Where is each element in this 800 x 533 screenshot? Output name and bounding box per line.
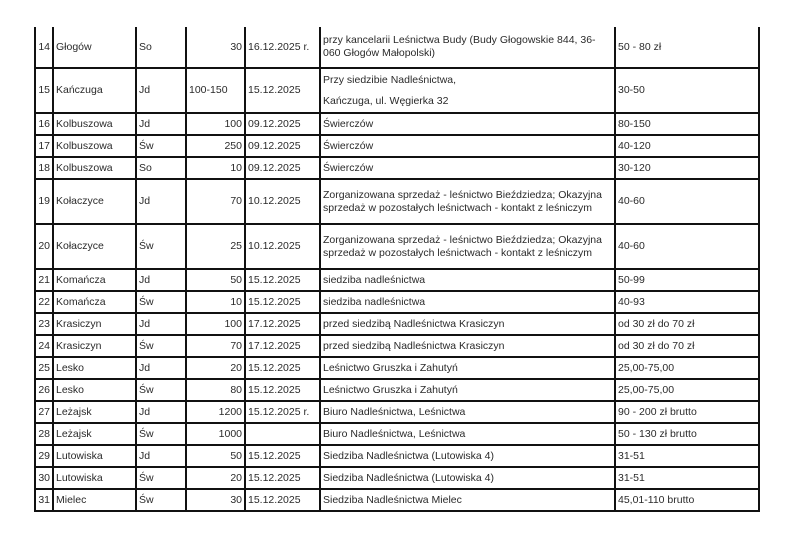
district-cell: Leżajsk — [53, 401, 136, 423]
table-row: 31MielecŚw3015.12.2025Siedziba Nadleśnic… — [35, 489, 759, 511]
tree-type-cell: Św — [136, 423, 186, 445]
quantity-cell: 30 — [186, 489, 245, 511]
table-row: 29LutowiskaJd5015.12.2025Siedziba Nadleś… — [35, 445, 759, 467]
quantity-cell: 20 — [186, 357, 245, 379]
location-cell: Świerczów — [320, 157, 615, 179]
district-cell: Lesko — [53, 357, 136, 379]
price-cell: 40-60 — [615, 179, 759, 224]
location-cell: Leśnictwo Gruszka i Zahutyń — [320, 357, 615, 379]
sale-date-cell: 15.12.2025 — [245, 269, 320, 291]
sale-date-cell: 16.12.2025 r. — [245, 27, 320, 68]
district-cell: Krasiczyn — [53, 335, 136, 357]
price-cell: 40-60 — [615, 224, 759, 269]
table-body: 14GłogówSo3016.12.2025 r.przy kancelarii… — [35, 27, 759, 511]
row-number-cell: 30 — [35, 467, 53, 489]
sale-date-cell: 15.12.2025 — [245, 467, 320, 489]
sale-date-cell: 15.12.2025 — [245, 445, 320, 467]
row-number-cell: 16 — [35, 113, 53, 135]
sale-date-cell: 15.12.2025 — [245, 291, 320, 313]
tree-type-cell: Jd — [136, 269, 186, 291]
row-number-cell: 27 — [35, 401, 53, 423]
table-row: 21KomańczaJd5015.12.2025siedziba nadleśn… — [35, 269, 759, 291]
location-line: przed siedzibą Nadleśnictwa Krasiczyn — [323, 340, 612, 353]
tree-type-cell: Św — [136, 489, 186, 511]
location-cell: Zorganizowana sprzedaż - leśnictwo Bieźd… — [320, 224, 615, 269]
district-cell: Kolbuszowa — [53, 113, 136, 135]
table-row: 16KolbuszowaJd10009.12.2025Świerczów80-1… — [35, 113, 759, 135]
district-cell: Kołaczyce — [53, 224, 136, 269]
sale-date-cell: 15.12.2025 r. — [245, 401, 320, 423]
price-cell: 50 - 130 zł brutto — [615, 423, 759, 445]
location-line: Kańczuga, ul. Węgierka 32 — [323, 95, 612, 108]
row-number-cell: 21 — [35, 269, 53, 291]
quantity-cell: 1000 — [186, 423, 245, 445]
location-line: Siedziba Nadleśnictwa (Lutowiska 4) — [323, 472, 612, 485]
location-cell: przed siedzibą Nadleśnictwa Krasiczyn — [320, 335, 615, 357]
quantity-cell: 50 — [186, 269, 245, 291]
row-number-cell: 26 — [35, 379, 53, 401]
table-row: 19KołaczyceJd7010.12.2025Zorganizowana s… — [35, 179, 759, 224]
price-cell: 90 - 200 zł brutto — [615, 401, 759, 423]
tree-type-cell: Jd — [136, 113, 186, 135]
location-line: Zorganizowana sprzedaż - leśnictwo Bieźd… — [323, 189, 612, 215]
row-number-cell: 14 — [35, 27, 53, 68]
table-row: 30LutowiskaŚw2015.12.2025Siedziba Nadleś… — [35, 467, 759, 489]
district-cell: Lesko — [53, 379, 136, 401]
quantity-cell: 30 — [186, 27, 245, 68]
location-line: siedziba nadleśnictwa — [323, 296, 612, 309]
row-number-cell: 19 — [35, 179, 53, 224]
row-number-cell: 18 — [35, 157, 53, 179]
row-number-cell: 29 — [35, 445, 53, 467]
sale-date-cell: 10.12.2025 — [245, 224, 320, 269]
price-cell: 25,00-75,00 — [615, 379, 759, 401]
sale-date-cell: 09.12.2025 — [245, 157, 320, 179]
location-line: Leśnictwo Gruszka i Zahutyń — [323, 362, 612, 375]
row-number-cell: 23 — [35, 313, 53, 335]
tree-type-cell: Św — [136, 379, 186, 401]
price-cell: 50 - 80 zł — [615, 27, 759, 68]
sale-date-cell: 09.12.2025 — [245, 135, 320, 157]
district-cell: Lutowiska — [53, 467, 136, 489]
location-cell: Leśnictwo Gruszka i Zahutyń — [320, 379, 615, 401]
price-cell: 50-99 — [615, 269, 759, 291]
price-cell: 80-150 — [615, 113, 759, 135]
sale-date-cell — [245, 423, 320, 445]
location-cell: siedziba nadleśnictwa — [320, 269, 615, 291]
location-cell: Świerczów — [320, 113, 615, 135]
sale-date-cell: 10.12.2025 — [245, 179, 320, 224]
tree-type-cell: Św — [136, 224, 186, 269]
tree-type-cell: Św — [136, 291, 186, 313]
table-row: 23KrasiczynJd10017.12.2025przed siedzibą… — [35, 313, 759, 335]
table-row: 20KołaczyceŚw2510.12.2025Zorganizowana s… — [35, 224, 759, 269]
table-row: 27LeżajskJd120015.12.2025 r.Biuro Nadleś… — [35, 401, 759, 423]
location-cell: przy kancelarii Leśnictwa Budy (Budy Gło… — [320, 27, 615, 68]
tree-type-cell: So — [136, 27, 186, 68]
location-cell: Biuro Nadleśnictwa, Leśnictwa — [320, 401, 615, 423]
table-row: 26LeskoŚw8015.12.2025Leśnictwo Gruszka i… — [35, 379, 759, 401]
location-line: przy kancelarii Leśnictwa Budy (Budy Gło… — [323, 34, 612, 60]
tree-type-cell: Jd — [136, 68, 186, 113]
location-line: Biuro Nadleśnictwa, Leśnictwa — [323, 428, 612, 441]
location-cell: Siedziba Nadleśnictwa Mielec — [320, 489, 615, 511]
location-line: Świerczów — [323, 140, 612, 153]
row-number-cell: 24 — [35, 335, 53, 357]
table-row: 24KrasiczynŚw7017.12.2025przed siedzibą … — [35, 335, 759, 357]
location-line: Świerczów — [323, 162, 612, 175]
price-cell: 30-50 — [615, 68, 759, 113]
district-cell: Komańcza — [53, 269, 136, 291]
quantity-cell: 70 — [186, 335, 245, 357]
price-cell: 31-51 — [615, 445, 759, 467]
price-cell: od 30 zł do 70 zł — [615, 335, 759, 357]
district-cell: Krasiczyn — [53, 313, 136, 335]
quantity-cell: 1200 — [186, 401, 245, 423]
district-cell: Mielec — [53, 489, 136, 511]
table-row: 28LeżajskŚw1000Biuro Nadleśnictwa, Leśni… — [35, 423, 759, 445]
location-line: siedziba nadleśnictwa — [323, 274, 612, 287]
row-number-cell: 15 — [35, 68, 53, 113]
tree-type-cell: Jd — [136, 313, 186, 335]
tree-type-cell: Jd — [136, 179, 186, 224]
table-row: 25LeskoJd2015.12.2025Leśnictwo Gruszka i… — [35, 357, 759, 379]
price-cell: 40-93 — [615, 291, 759, 313]
price-cell: 45,01-110 brutto — [615, 489, 759, 511]
district-cell: Komańcza — [53, 291, 136, 313]
location-cell: Biuro Nadleśnictwa, Leśnictwa — [320, 423, 615, 445]
price-cell: 40-120 — [615, 135, 759, 157]
table-row: 14GłogówSo3016.12.2025 r.przy kancelarii… — [35, 27, 759, 68]
location-cell: Świerczów — [320, 135, 615, 157]
sale-date-cell: 15.12.2025 — [245, 357, 320, 379]
location-line: Leśnictwo Gruszka i Zahutyń — [323, 384, 612, 397]
tree-type-cell: So — [136, 157, 186, 179]
quantity-cell: 80 — [186, 379, 245, 401]
christmas-tree-sales-table: 14GłogówSo3016.12.2025 r.przy kancelarii… — [34, 27, 760, 512]
location-cell: Siedziba Nadleśnictwa (Lutowiska 4) — [320, 467, 615, 489]
district-cell: Kolbuszowa — [53, 135, 136, 157]
quantity-cell: 100 — [186, 113, 245, 135]
quantity-cell: 20 — [186, 467, 245, 489]
tree-type-cell: Św — [136, 335, 186, 357]
location-cell: przed siedzibą Nadleśnictwa Krasiczyn — [320, 313, 615, 335]
row-number-cell: 28 — [35, 423, 53, 445]
row-number-cell: 31 — [35, 489, 53, 511]
quantity-cell: 70 — [186, 179, 245, 224]
location-cell: Zorganizowana sprzedaż - leśnictwo Bieźd… — [320, 179, 615, 224]
location-line: przed siedzibą Nadleśnictwa Krasiczyn — [323, 318, 612, 331]
row-number-cell: 22 — [35, 291, 53, 313]
tree-type-cell: Jd — [136, 401, 186, 423]
price-cell: 31-51 — [615, 467, 759, 489]
tree-type-cell: Jd — [136, 445, 186, 467]
location-line: Siedziba Nadleśnictwa (Lutowiska 4) — [323, 450, 612, 463]
quantity-cell: 100-150 — [186, 68, 245, 113]
price-cell: 25,00-75,00 — [615, 357, 759, 379]
tree-type-cell: Św — [136, 467, 186, 489]
tree-type-cell: Św — [136, 135, 186, 157]
price-cell: od 30 zł do 70 zł — [615, 313, 759, 335]
district-cell: Kolbuszowa — [53, 157, 136, 179]
sale-date-cell: 15.12.2025 — [245, 68, 320, 113]
district-cell: Leżajsk — [53, 423, 136, 445]
row-number-cell: 25 — [35, 357, 53, 379]
table-row: 17KolbuszowaŚw25009.12.2025Świerczów40-1… — [35, 135, 759, 157]
location-line: Siedziba Nadleśnictwa Mielec — [323, 494, 612, 507]
location-cell: Przy siedzibie Nadleśnictwa,Kańczuga, ul… — [320, 68, 615, 113]
quantity-cell: 250 — [186, 135, 245, 157]
quantity-cell: 10 — [186, 157, 245, 179]
row-number-cell: 20 — [35, 224, 53, 269]
table-row: 15KańczugaJd100-15015.12.2025Przy siedzi… — [35, 68, 759, 113]
location-line: Świerczów — [323, 118, 612, 131]
quantity-cell: 50 — [186, 445, 245, 467]
price-cell: 30-120 — [615, 157, 759, 179]
quantity-cell: 100 — [186, 313, 245, 335]
sale-date-cell: 17.12.2025 — [245, 335, 320, 357]
location-line: Przy siedzibie Nadleśnictwa, — [323, 74, 612, 87]
location-line: Biuro Nadleśnictwa, Leśnictwa — [323, 406, 612, 419]
sale-date-cell: 17.12.2025 — [245, 313, 320, 335]
district-cell: Kańczuga — [53, 68, 136, 113]
district-cell: Głogów — [53, 27, 136, 68]
sale-date-cell: 15.12.2025 — [245, 379, 320, 401]
row-number-cell: 17 — [35, 135, 53, 157]
district-cell: Lutowiska — [53, 445, 136, 467]
location-line: Zorganizowana sprzedaż - leśnictwo Bieźd… — [323, 234, 612, 260]
sale-date-cell: 15.12.2025 — [245, 489, 320, 511]
location-cell: siedziba nadleśnictwa — [320, 291, 615, 313]
tree-type-cell: Jd — [136, 357, 186, 379]
quantity-cell: 10 — [186, 291, 245, 313]
quantity-cell: 25 — [186, 224, 245, 269]
sale-date-cell: 09.12.2025 — [245, 113, 320, 135]
table-row: 18KolbuszowaSo1009.12.2025Świerczów30-12… — [35, 157, 759, 179]
location-cell: Siedziba Nadleśnictwa (Lutowiska 4) — [320, 445, 615, 467]
table-row: 22KomańczaŚw1015.12.2025siedziba nadleśn… — [35, 291, 759, 313]
district-cell: Kołaczyce — [53, 179, 136, 224]
